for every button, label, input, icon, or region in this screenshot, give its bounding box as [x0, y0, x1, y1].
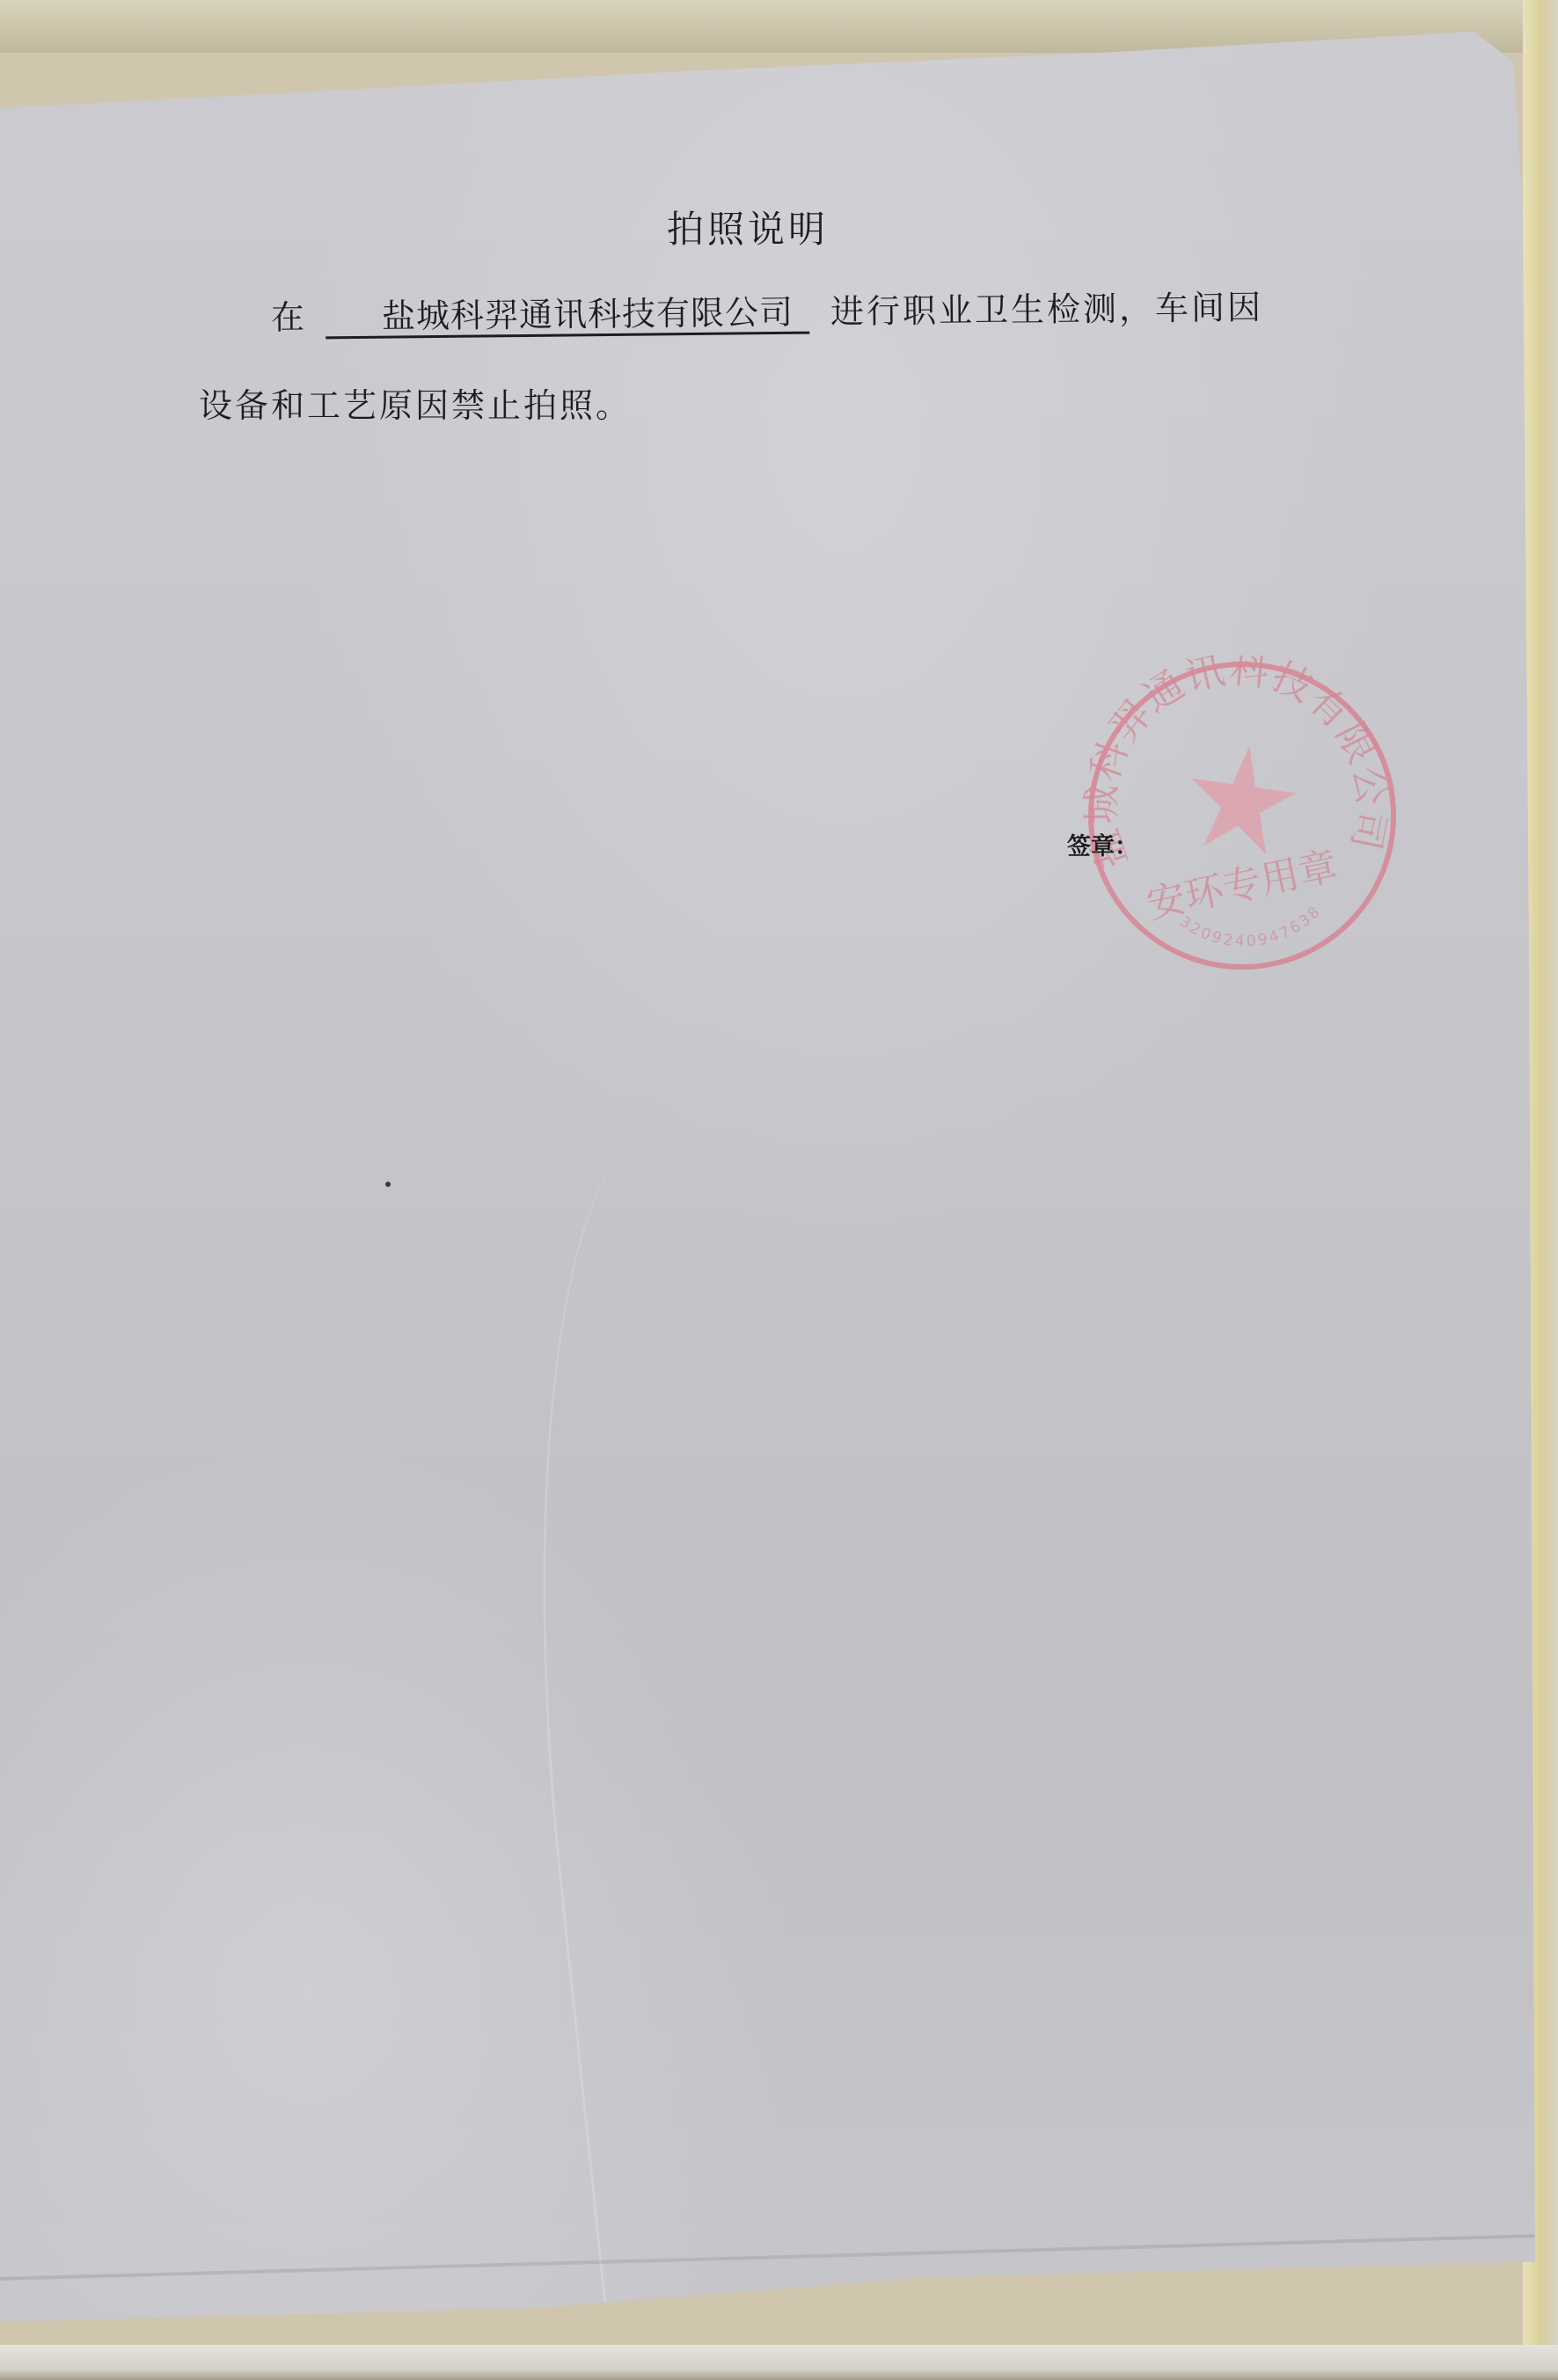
paper-speck	[385, 1182, 391, 1187]
paper-sheet	[0, 25, 1535, 2340]
body-line-1: 在盐城科羿通讯科技有限公司进行职业卫生检测，车间因	[271, 280, 1264, 340]
body-line-1-suffix: 进行职业卫生检测，车间因	[830, 280, 1264, 333]
body-line-2: 设备和工艺原因禁止拍照。	[199, 378, 632, 427]
paper-fold-crease	[482, 1112, 911, 2369]
desk-background-bottom	[0, 2345, 1558, 2380]
body-prefix: 在	[271, 290, 305, 339]
document-title: 拍照说明	[667, 201, 829, 253]
company-seal-stamp: 盐城科羿通讯科技有限公司 安环专用章 3209240947638	[1075, 655, 1409, 981]
star-icon	[1182, 738, 1302, 858]
signature-label: 签章：	[1067, 827, 1138, 861]
paper-bottom-crease	[0, 2234, 1534, 2281]
company-name-field: 盐城科羿通讯科技有限公司	[325, 293, 809, 340]
